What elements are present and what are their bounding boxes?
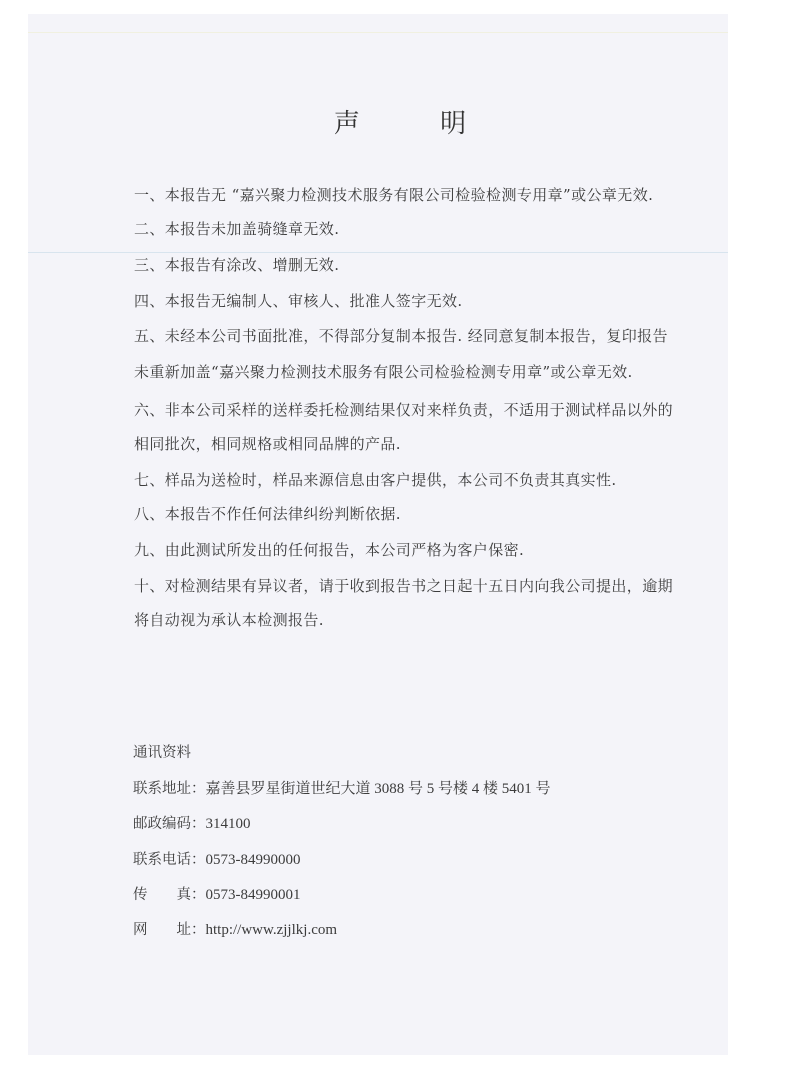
contact-address: 联系地址：嘉善县罗星街道世纪大道 3088 号 5 号楼 4 楼 5401 号 (133, 777, 551, 798)
clause-9: 九、由此测试所发出的任何报告，本公司严格为客户保密. (134, 539, 524, 560)
clause-6-line-2: 相同批次，相同规格或相同品牌的产品. (134, 433, 401, 454)
scan-artifact-line (28, 252, 728, 253)
clause-4: 四、本报告无编制人、审核人、批准人签字无效. (134, 290, 463, 311)
contact-label: 联系地址： (133, 777, 206, 798)
page-title: 声 明 (0, 103, 800, 140)
contact-value: 0573-84990000 (206, 852, 301, 868)
clause-6-line-1: 六、非本公司采样的送样委托检测结果仅对来样负责，不适用于测试样品以外的 (134, 399, 673, 420)
contact-website: 网 址：http://www.zjjlkj.com (133, 918, 337, 939)
clause-5-line-2: 未重新加盖“嘉兴聚力检测技术服务有限公司检验检测专用章”或公章无效. (134, 361, 633, 382)
scan-artifact-line (28, 32, 728, 33)
clause-5-line-1: 五、未经本公司书面批准，不得部分复制本报告. 经同意复制本报告，复印报告 (134, 325, 668, 346)
contact-value: 314100 (206, 816, 251, 832)
contact-label: 联系电话： (133, 848, 206, 869)
contact-postcode: 邮政编码：314100 (133, 812, 251, 833)
contact-phone: 联系电话：0573-84990000 (133, 848, 301, 869)
contact-fax: 传 真：0573-84990001 (133, 883, 301, 904)
clause-8: 八、本报告不作任何法律纠纷判断依据. (134, 503, 401, 524)
contact-label: 传 真： (133, 883, 206, 904)
clause-3: 三、本报告有涂改、增删无效. (134, 254, 339, 275)
clause-1: 一、本报告无 “嘉兴聚力检测技术服务有限公司检验检测专用章”或公章无效. (134, 184, 653, 205)
clause-7: 七、样品为送检时，样品来源信息由客户提供，本公司不负责其真实性. (134, 469, 617, 490)
clause-2: 二、本报告未加盖骑缝章无效. (134, 218, 339, 239)
clause-10-line-2: 将自动视为承认本检测报告. (134, 609, 324, 630)
contact-value: 嘉善县罗星街道世纪大道 3088 号 5 号楼 4 楼 5401 号 (206, 781, 551, 797)
website-link[interactable]: http://www.zjjlkj.com (206, 922, 338, 938)
contact-value: 0573-84990001 (206, 887, 301, 903)
contact-label: 网 址： (133, 918, 206, 939)
clause-10-line-1: 十、对检测结果有异议者，请于收到报告书之日起十五日内向我公司提出，逾期 (134, 575, 673, 596)
contact-heading: 通讯资料 (133, 741, 191, 762)
contact-label: 邮政编码： (133, 812, 206, 833)
